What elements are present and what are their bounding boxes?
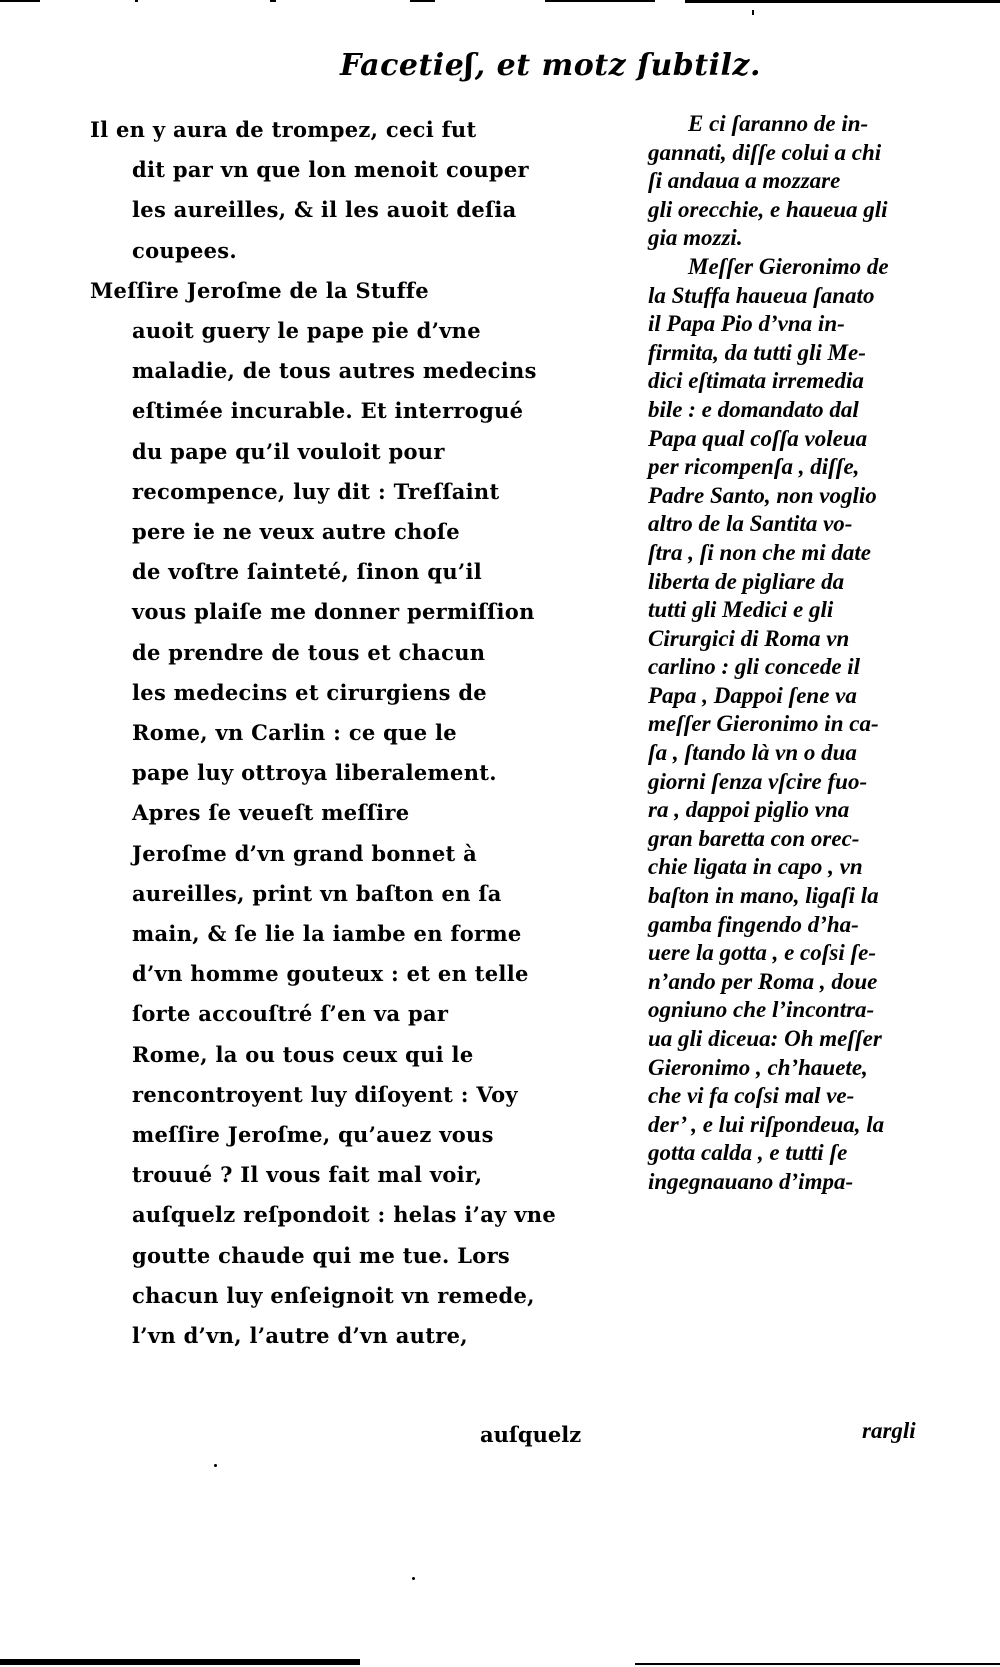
text-line: giorni ſenza vſcire fuo-: [648, 768, 948, 797]
text-line: Jeroſme d’vn grand bonnet à: [90, 834, 595, 874]
scan-artifact: [545, 0, 655, 2]
text-line: baſton in mano, ligaſi la: [648, 882, 948, 911]
text-line: dici eſtimata irremedia: [648, 367, 948, 396]
scan-speck: [412, 1577, 415, 1580]
text-line: gamba fingendo d’ha-: [648, 911, 948, 940]
text-line: E ci ſaranno de in-: [648, 110, 948, 139]
text-line: gia mozzi.: [648, 224, 948, 253]
scan-edge-top: [0, 0, 1000, 6]
scan-speck: [214, 1464, 217, 1467]
text-line: vous plaiſe me donner permiſſion: [90, 592, 595, 632]
text-line: ſorte accouſtré ſ’en va par: [90, 994, 595, 1034]
text-line: la Stuffa haueua ſanato: [648, 282, 948, 311]
french-column: Il en y aura de trompez, ceci fut dit pa…: [90, 110, 595, 1356]
text-line: trouué ? Il vous fait mal voir,: [90, 1155, 595, 1195]
text-line: ingegnauano d’impa-: [648, 1168, 948, 1197]
scan-artifact: [135, 0, 138, 2]
text-line: de voſtre ſainteté, ſinon qu’il: [90, 552, 595, 592]
text-line: bile : e domandato dal: [648, 396, 948, 425]
text-line: de prendre de tous et chacun: [90, 633, 595, 673]
text-line: chie ligata in capo , vn: [648, 853, 948, 882]
text-line: chacun luy enſeignoit vn remede,: [90, 1276, 595, 1316]
text-line: meſſire Jeroſme, qu’auez vous: [90, 1115, 595, 1155]
text-line: ua gli diceua: Oh meſſer: [648, 1025, 948, 1054]
text-line: main, & ſe lie la iambe en forme: [90, 914, 595, 954]
text-line: carlino : gli concede il: [648, 653, 948, 682]
text-line: eſtimée incurable. Et interrogué: [90, 391, 595, 431]
text-line: uere la gotta , e coſsi ſe-: [648, 939, 948, 968]
text-line: gli orecchie, e haueua gli: [648, 196, 948, 225]
text-line: rencontroyent luy diſoyent : Voy: [90, 1075, 595, 1115]
scan-artifact: [270, 0, 276, 2]
text-line: Rome, la ou tous ceux qui le: [90, 1035, 595, 1075]
text-line: il Papa Pio d’vna in-: [648, 310, 948, 339]
text-line: altro de la Santita vo-: [648, 510, 948, 539]
scan-artifact: [410, 0, 435, 2]
text-line: Papa qual coſſa voleua: [648, 425, 948, 454]
scan-border-bar: [635, 1663, 1000, 1665]
text-line: gotta calda , e tutti ſe: [648, 1139, 948, 1168]
scan-border-bar: [0, 1659, 360, 1665]
text-line: ra , dappoi piglio vna: [648, 796, 948, 825]
text-line: pape luy ottroya liberalement.: [90, 753, 595, 793]
text-line: l’vn d’vn, l’autre d’vn autre,: [90, 1316, 595, 1356]
text-line: ſi andaua a mozzare: [648, 167, 948, 196]
text-line: Meſſire Jeroſme de la Stuffe: [90, 271, 595, 311]
text-line: du pape qu’il vouloit pour: [90, 432, 595, 472]
text-line: n’ando per Roma , doue: [648, 968, 948, 997]
text-line: Rome, vn Carlin : ce que le: [90, 713, 595, 753]
italian-column: E ci ſaranno de in- gannati, diſſe colui…: [648, 110, 948, 1197]
text-line: goutte chaude qui me tue. Lors: [90, 1236, 595, 1276]
text-line: maladie, de tous autres medecins: [90, 351, 595, 391]
scan-artifact: [0, 0, 40, 2]
text-line: Cirurgici di Roma vn: [648, 625, 948, 654]
text-line: Gieronimo , ch’hauete,: [648, 1054, 948, 1083]
text-line: Meſſer Gieronimo de: [648, 253, 948, 282]
text-line: ogniuno che l’incontra-: [648, 996, 948, 1025]
text-line: Padre Santo, non voglio: [648, 482, 948, 511]
scan-border-bar: [685, 0, 1000, 3]
text-line: meſſer Gieronimo in ca-: [648, 710, 948, 739]
catchword-italian: rargli: [862, 1418, 916, 1444]
text-line: Il en y aura de trompez, ceci fut: [90, 110, 595, 150]
text-line: Apres ſe veueſt meſſire: [90, 793, 595, 833]
text-line: les medecins et cirurgiens de: [90, 673, 595, 713]
text-line: che vi fa coſsi mal ve-: [648, 1082, 948, 1111]
running-head: Facetieʃ, et motz ſubtilz.: [340, 48, 760, 83]
scan-speck: [752, 10, 754, 15]
scan-edge-bottom: [0, 1655, 1000, 1667]
text-line: liberta de pigliare da: [648, 568, 948, 597]
text-line: der’ , e lui riſpondeua, la: [648, 1111, 948, 1140]
text-line: per ricompenſa , diſſe,: [648, 453, 948, 482]
text-line: aureilles, print vn baſton en ſa: [90, 874, 595, 914]
text-line: auoit guery le pape pie d’vne: [90, 311, 595, 351]
text-line: firmita, da tutti gli Me-: [648, 339, 948, 368]
text-line: les aureilles, & il les auoit deſia: [90, 190, 595, 230]
text-line: gannati, diſſe colui a chi: [648, 139, 948, 168]
text-line: recompence, luy dit : Treſſaint: [90, 472, 595, 512]
text-line: dit par vn que lon menoit couper: [90, 150, 595, 190]
text-line: Papa , Dappoi ſene va: [648, 682, 948, 711]
catchword-french: auſquelz: [480, 1422, 581, 1447]
text-line: coupees.: [90, 231, 595, 271]
text-line: auſquelz reſpondoit : helas i’ay vne: [90, 1195, 595, 1235]
text-line: ſtra , ſi non che mi date: [648, 539, 948, 568]
text-line: d’vn homme gouteux : et en telle: [90, 954, 595, 994]
text-line: gran baretta con orec-: [648, 825, 948, 854]
text-line: pere ie ne veux autre choſe: [90, 512, 595, 552]
text-line: ſa , ſtando là vn o dua: [648, 739, 948, 768]
text-line: tutti gli Medici e gli: [648, 596, 948, 625]
